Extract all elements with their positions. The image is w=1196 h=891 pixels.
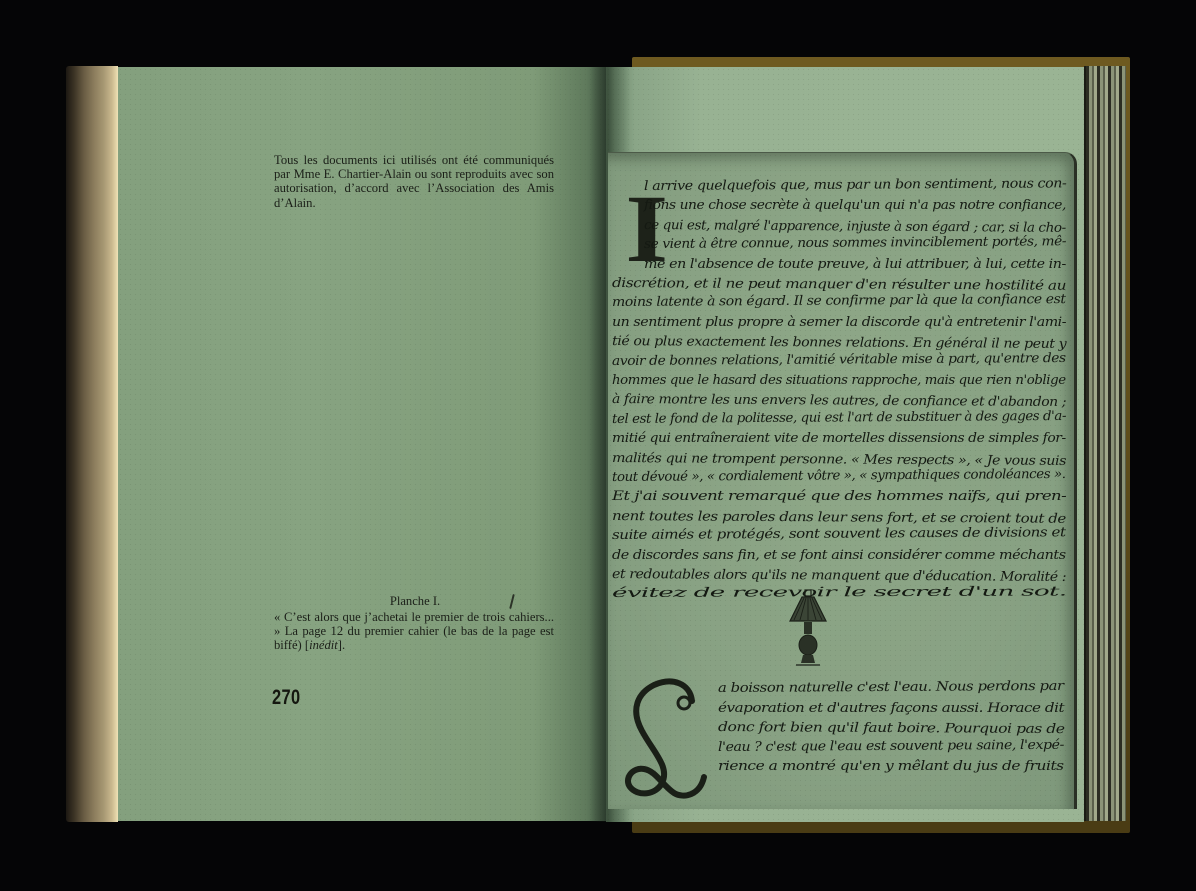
plate-caption-end: ]. xyxy=(338,638,345,652)
manuscript-line: avoir de bonnes relations, l'amitié véri… xyxy=(612,351,1066,369)
manuscript-line: me en l'absence de toute preuve, à lui a… xyxy=(644,257,1066,272)
manuscript-line: nent toutes les paroles dans leur sens f… xyxy=(612,509,1066,527)
manuscript-line: moins latente à son égard. Il se confirm… xyxy=(612,292,1066,310)
manuscript-line: tout dévoué », « cordialement vôtre », «… xyxy=(612,467,1066,485)
manuscript-line: l arrive quelquefois que, mus par un bon… xyxy=(644,176,1066,194)
manuscript-line: discrétion, et il ne peut manquer d'en r… xyxy=(612,276,1066,294)
plate-caption: « C’est alors que j’achetai le premier d… xyxy=(274,610,554,653)
manuscript-line: et redoutables alors qu'ils ne manquent … xyxy=(612,567,1066,585)
manuscript-line: évaporation et d'autres façons aussi. Ho… xyxy=(718,701,1064,716)
manuscript-line: suite aimés et protégés, sont souvent le… xyxy=(612,525,1066,543)
manuscript-line: de discordes sans fin, et se font ainsi … xyxy=(612,548,1066,563)
page-number: 270 xyxy=(272,686,301,710)
manuscript-line: tié ou plus exactement les bonnes relati… xyxy=(612,334,1066,352)
manuscript-line: l'eau ? c'est que l'eau est souvent peu … xyxy=(718,737,1064,754)
manuscript-plate: I l arrive quelquefois que, mus par un b… xyxy=(608,152,1077,809)
left-page-edges xyxy=(66,66,118,822)
manuscript-line: à faire montre les uns envers les autres… xyxy=(612,392,1066,410)
plate-title: Planche I. xyxy=(260,594,570,609)
manuscript-line: évitez de recevoir le secret d'un sot. xyxy=(612,585,1066,602)
manuscript-line: hommes que le hasard des situations rapp… xyxy=(612,373,1066,388)
plate-caption-italic: inédit xyxy=(309,638,338,652)
manuscript-line: un sentiment plus propre à semer la disc… xyxy=(612,315,1066,330)
manuscript-line: se vient à être connue, nous sommes invi… xyxy=(644,234,1066,252)
manuscript-line: donc fort bien qu'il faut boire. Pourquo… xyxy=(718,720,1065,737)
right-page-edges xyxy=(1084,66,1126,821)
manuscript-line: Et j'ai souvent remarqué que des hommes … xyxy=(612,489,1066,504)
manuscript-line: fions une chose secrète à quelqu'un qui … xyxy=(644,198,1066,213)
dropcap-l-flourish-icon xyxy=(620,671,710,809)
manuscript-line: tel est le fond de la politesse, qui est… xyxy=(612,409,1066,427)
credit-note: Tous les documents ici utilisés ont été … xyxy=(274,153,554,210)
oil-lamp-illustration-icon xyxy=(786,589,830,669)
manuscript-line: a boisson naturelle c'est l'eau. Nous pe… xyxy=(718,679,1064,696)
manuscript-line: mitié qui entraîneraient vite de mortell… xyxy=(612,431,1066,446)
manuscript-line: ce qui est, malgré l'apparence, injuste … xyxy=(644,218,1066,236)
manuscript-line: malités qui ne trompent personne. « Mes … xyxy=(612,451,1066,469)
manuscript-line: rience a montré qu'en y mêlant du jus de… xyxy=(718,759,1064,774)
